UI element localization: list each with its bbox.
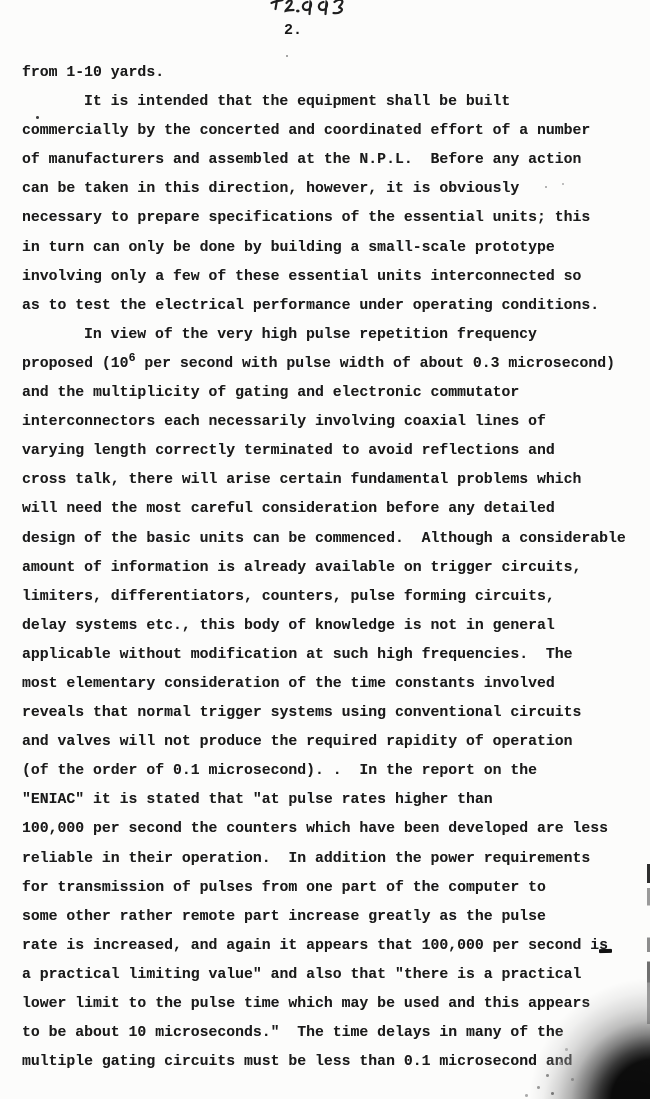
text-line: It is intended that the equipment shall … [22, 88, 650, 117]
scan-mark [599, 949, 612, 953]
text-line: applicable without modification at such … [22, 641, 650, 670]
text-line: reveals that normal trigger systems usin… [22, 699, 650, 728]
text-line: limiters, differentiators, counters, pul… [22, 583, 650, 612]
document-page: 2. from 1-10 yards.It is intended that t… [0, 0, 650, 1099]
text-line: as to test the electrical performance un… [22, 292, 650, 321]
text-line: interconnectors each necessarily involvi… [22, 408, 650, 437]
body-text: from 1-10 yards.It is intended that the … [22, 59, 650, 1077]
text-line: rate is increased, and again it appears … [22, 932, 650, 961]
text-line: of manufacturers and assembled at the N.… [22, 146, 650, 175]
ink-speck [286, 55, 288, 57]
text-line: can be taken in this direction, however,… [22, 175, 650, 204]
text-line: and valves will not produce the required… [22, 728, 650, 757]
text-line: most elementary consideration of the tim… [22, 670, 650, 699]
text-line: amount of information is already availab… [22, 554, 650, 583]
ink-speck [36, 116, 39, 119]
text-line: proposed (106 per second with pulse widt… [22, 350, 650, 379]
superscript: 6 [129, 344, 136, 373]
text-line: commercially by the concerted and coordi… [22, 117, 650, 146]
text-line: and the multiplicity of gating and elect… [22, 379, 650, 408]
corner-scan-grain [551, 1092, 554, 1095]
text-segment: proposed (10 [22, 356, 129, 372]
text-line: from 1-10 yards. [22, 59, 650, 88]
handwritten-annotation [270, 0, 365, 16]
text-line: some other rather remote part increase g… [22, 903, 650, 932]
text-line: involving only a few of these essential … [22, 263, 650, 292]
text-line: necessary to prepare specifications of t… [22, 204, 650, 233]
text-line: (of the order of 0.1 microsecond). . In … [22, 757, 650, 786]
text-line: for transmission of pulses from one part… [22, 874, 650, 903]
text-line: delay systems etc., this body of knowled… [22, 612, 650, 641]
page-number: 2. [284, 22, 302, 39]
text-line: in turn can only be done by building a s… [22, 234, 650, 263]
ink-speck [562, 183, 564, 185]
text-line: In view of the very high pulse repetitio… [22, 321, 650, 350]
text-line: varying length correctly terminated to a… [22, 437, 650, 466]
corner-scan-shadow [490, 959, 650, 1099]
text-line: "ENIAC" it is stated that "at pulse rate… [22, 786, 650, 815]
text-line: 100,000 per second the counters which ha… [22, 815, 650, 844]
text-line: design of the basic units can be commenc… [22, 525, 650, 554]
text-segment: per second with pulse width of about 0.3… [135, 356, 615, 372]
text-line: will need the most careful consideration… [22, 495, 650, 524]
text-line: cross talk, there will arise certain fun… [22, 466, 650, 495]
ink-speck [545, 186, 547, 188]
text-line: reliable in their operation. In addition… [22, 845, 650, 874]
